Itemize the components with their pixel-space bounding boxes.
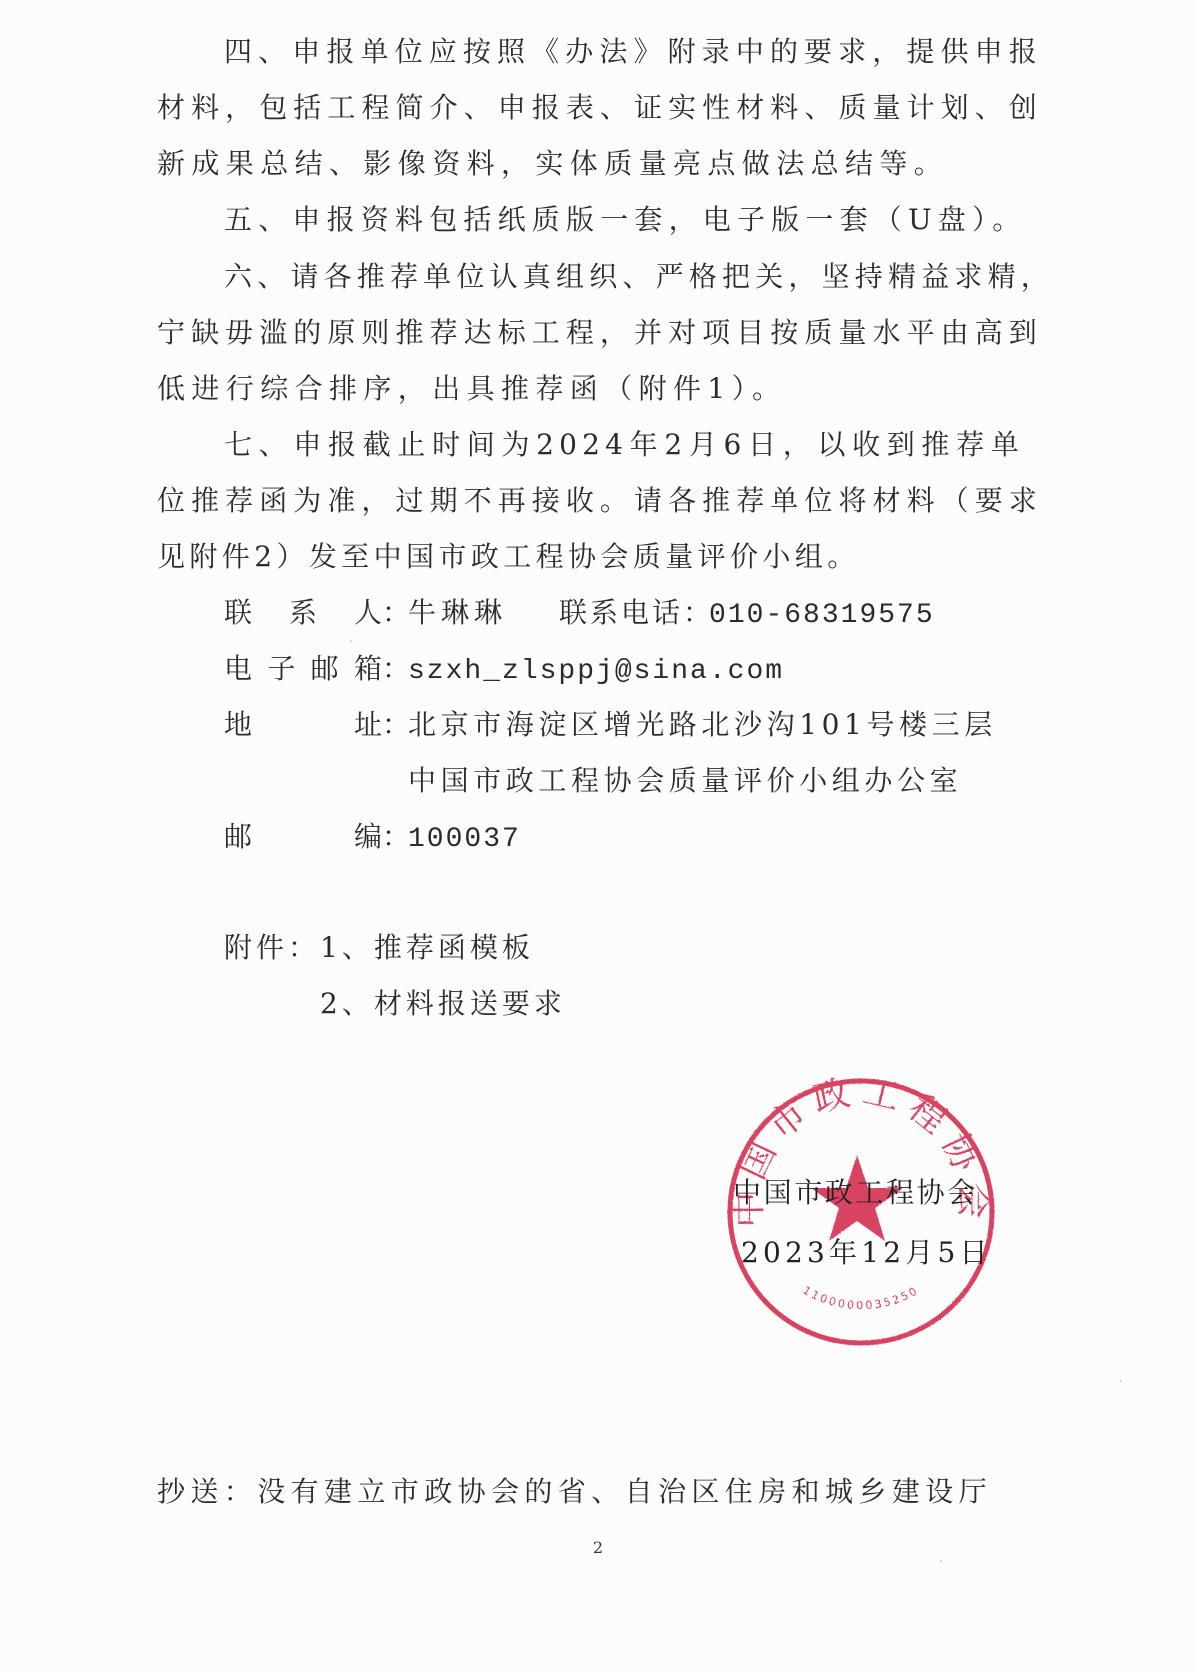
contact-person-label: 联系人	[224, 593, 382, 633]
attachments-row-1: 附件：1、推荐函模板	[224, 928, 534, 968]
scan-speck	[1120, 1380, 1122, 1382]
attachment-item-1: 1、推荐函模板	[320, 931, 534, 964]
signature-date: 2023年12月5日	[741, 1235, 992, 1271]
paragraph-7-line-1: 七、申报截止时间为2024年2月6日，以收到推荐单	[224, 425, 1024, 465]
colon: ：	[382, 817, 408, 857]
paragraph-7-line-2: 位推荐函为准，过期不再接收。请各推荐单位将材料（要求	[157, 481, 1042, 521]
signature-organization: 中国市政工程协会	[733, 1175, 978, 1211]
contact-address-label: 地址	[224, 705, 382, 745]
contact-address-line-2-row: 中国市政工程协会质量评价小组办公室	[408, 761, 962, 801]
contact-postcode-label: 邮编	[224, 817, 382, 857]
colon: ：	[683, 593, 709, 633]
contact-email-label: 电子邮箱	[224, 649, 382, 689]
paragraph-6-line-2: 宁缺毋滥的原则推荐达标工程，并对项目按质量水平由高到	[157, 313, 1042, 353]
svg-text:1100000035250: 1100000035250	[801, 1284, 922, 1312]
colon: ：	[382, 649, 408, 689]
attachments-label: 附件：	[224, 931, 320, 964]
colon: ：	[382, 593, 408, 633]
contact-postcode-value: 100037	[408, 824, 521, 855]
official-seal-stamp-icon: 中国市政工程协会 1100000035250	[726, 1077, 996, 1347]
paragraph-4-line-2: 材料，包括工程简介、申报表、证实性材料、质量计划、创	[157, 88, 1042, 128]
contact-email-value[interactable]: szxh_zlsppj@sina.com	[408, 656, 784, 687]
paragraph-6-line-1: 六、请各推荐单位认真组织、严格把关，坚持精益求精，	[224, 257, 1042, 297]
paragraph-5-line-1: 五、申报资料包括纸质版一套，电子版一套（U盘）。	[224, 200, 1026, 240]
cc-line: 抄送：没有建立市政协会的省、自治区住房和城乡建设厅	[157, 1472, 992, 1512]
contact-person-row: 联系人：牛琳琳联系电话：010-68319575	[224, 593, 935, 633]
contact-address-row: 地址：北京市海淀区增光路北沙沟101号楼三层	[224, 705, 997, 745]
document-page: 四、申报单位应按照《办法》附录中的要求，提供申报 材料，包括工程简介、申报表、证…	[0, 0, 1196, 1671]
paragraph-7-line-3: 见附件2）发至中国市政工程协会质量评价小组。	[157, 537, 860, 577]
scan-speck	[940, 1560, 942, 1562]
scan-speck	[610, 160, 612, 162]
contact-phone-value: 010-68319575	[709, 600, 935, 631]
contact-postcode-row: 邮编：100037	[224, 817, 521, 857]
paragraph-4-line-3: 新成果总结、影像资料，实体质量亮点做法总结等。	[157, 144, 948, 184]
paragraph-6-line-3: 低进行综合排序，出具推荐函（附件1）。	[157, 369, 786, 409]
attachments-row-2: 2、材料报送要求	[320, 984, 566, 1024]
contact-address-line-2: 中国市政工程协会质量评价小组办公室	[408, 764, 962, 797]
contact-phone-label: 联系电话	[559, 596, 683, 629]
contact-person-value: 牛琳琳	[408, 596, 507, 629]
scan-speck	[350, 640, 352, 642]
attachment-item-2: 2、材料报送要求	[320, 987, 566, 1020]
paragraph-4-line-1: 四、申报单位应按照《办法》附录中的要求，提供申报	[224, 32, 1042, 72]
contact-email-row: 电子邮箱：szxh_zlsppj@sina.com	[224, 649, 784, 689]
page-number: 2	[0, 1538, 1196, 1557]
colon: ：	[382, 705, 408, 745]
contact-address-line-1: 北京市海淀区增光路北沙沟101号楼三层	[408, 708, 997, 741]
